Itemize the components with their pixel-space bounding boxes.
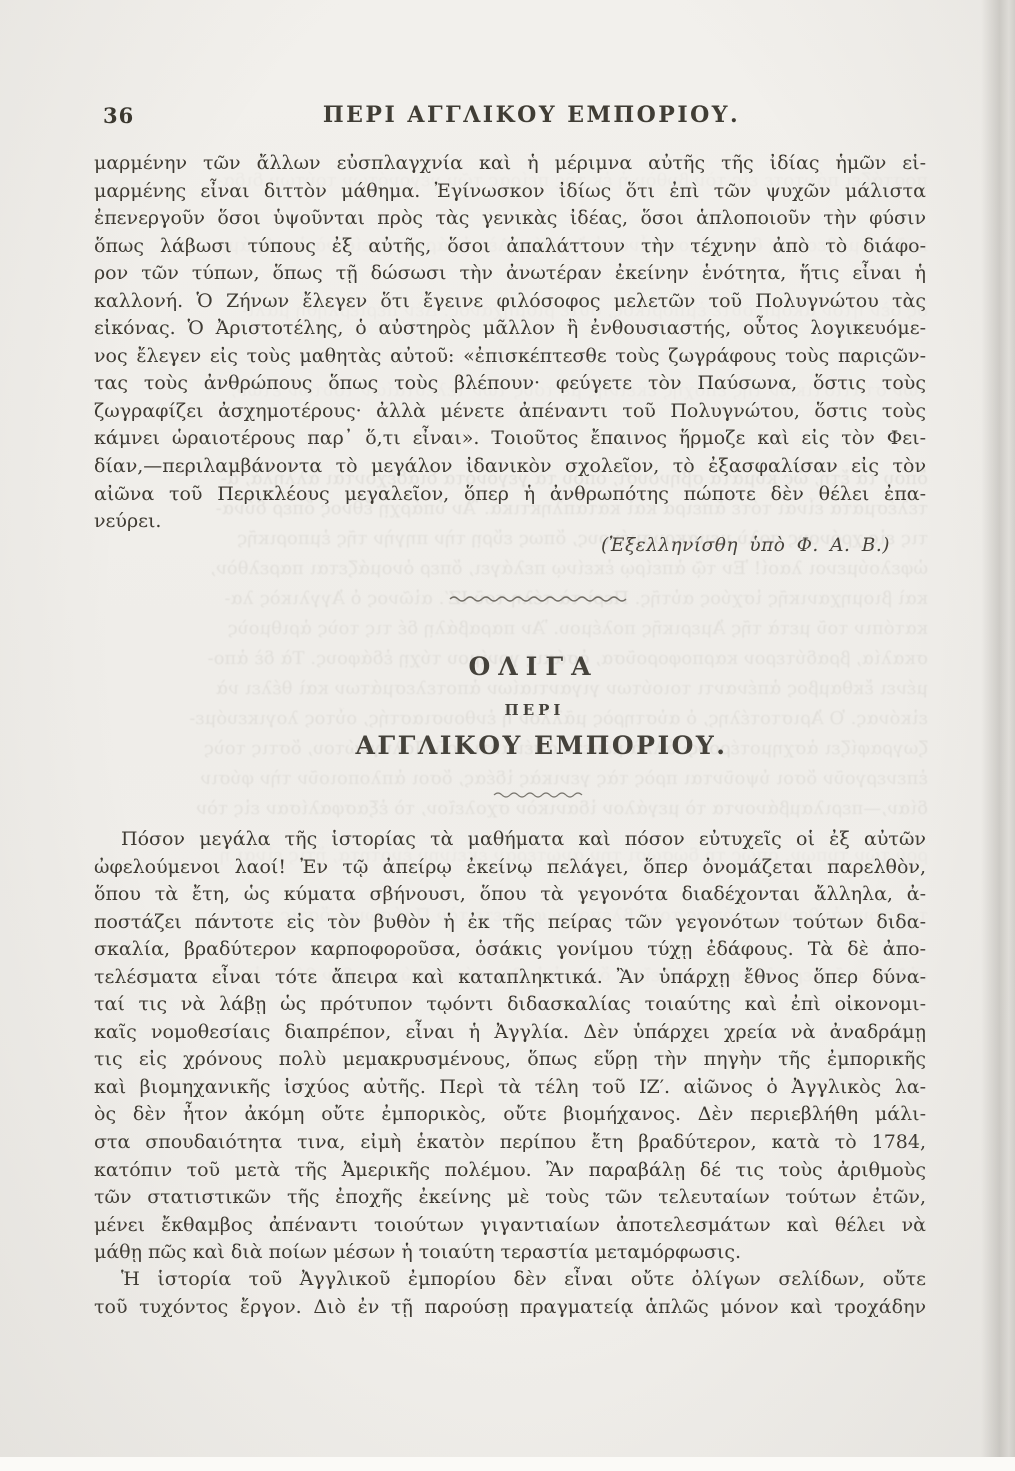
text-line: τις εἰς χρόνους πολὺ μεμακρυσμένους, ὅπω…: [94, 1046, 926, 1074]
text-line: τελέσματα εἶναι τότε ἄπειρα καὶ καταπληκ…: [94, 964, 926, 992]
text-line: κατόπιν τοῦ μετὰ τῆς Ἀμερικῆς πολέμου. Ἂ…: [94, 1157, 926, 1185]
section-heading-peri: ΠΕΡΙ: [27, 701, 1015, 719]
bleedthrough-line: ὠφελούμενοι λαοί! Ἐν τῷ ἀπείρῳ ἐκείνῳ πε…: [88, 558, 928, 581]
bleedthrough-line: κατόπιν τοῦ μετὰ τῆς Ἀμερικῆς πολέμου. Ἂ…: [88, 618, 928, 641]
text-line: μαρμένης εἶναι διττὸν μάθημα. Ἐγίνωσκον …: [94, 178, 926, 206]
text-line: ὅπως λάβωσι τύπους ἐξ αὐτῆς, ὅσοι ἀπαλάτ…: [94, 233, 926, 261]
paragraph-intro: Πόσον μεγάλα τῆς ἱστορίας τὰ μαθήματα κα…: [94, 826, 926, 1267]
text-line: αἰῶνα τοῦ Περικλέους μεγαλεῖον, ὅπερ ἡ ἀ…: [94, 481, 926, 509]
wavy-divider: [492, 790, 587, 799]
text-line: μαρμένην τῶν ἄλλων εὐσπλαγχνία καὶ ἡ μέρ…: [94, 150, 926, 178]
section-heading-main: ΑΓΓΛΙΚΟΥ ΕΜΠΟΡΙΟΥ.: [34, 731, 1015, 760]
text-line: ζωγραφίζει ἀσχημοτέρους· ἀλλὰ μένετε ἀπέ…: [94, 398, 926, 426]
text-line: Ἡ ἱστορία τοῦ Ἀγγλικοῦ ἐμπορίου δὲν εἶνα…: [94, 1266, 926, 1294]
text-line: μένει ἔκθαμβος ἀπέναντι τοιούτων γιγαντι…: [94, 1212, 926, 1240]
text-line: μάθῃ πῶς καὶ διὰ ποίων μέσων ἡ τοιαύτη τ…: [94, 1239, 926, 1267]
paragraph-closing: Ἡ ἱστορία τοῦ Ἀγγλικοῦ ἐμπορίου δὲν εἶνα…: [94, 1266, 926, 1321]
text-line: δίαν,—περιλαμβάνοντα τὸ μεγάλον ἰδανικὸν…: [94, 453, 926, 481]
text-line: καῖς νομοθεσίαις διαπρέπον, εἶναι ἡ Ἀγγλ…: [94, 1019, 926, 1047]
text-line: σκαλία, βραδύτερον καρποφοροῦσα, ὁσάκις …: [94, 936, 926, 964]
bleedthrough-line: ἐπενεργοῦν ὅσοι ὑψοῦνται πρὸς τὰς γενικὰ…: [88, 768, 928, 791]
scanned-book-page: ποστάζει πάντοτε εἰς τὸν βυθὸν ἡ ἐκ τῆς …: [0, 0, 1015, 1471]
section-heading-oliga: ΟΛΙΓΑ: [26, 652, 1015, 681]
text-line: ποστάζει πάντοτε εἰς τὸν βυθὸν ἡ ἐκ τῆς …: [94, 909, 926, 937]
text-line: νεύρει.: [94, 508, 926, 536]
text-line: καὶ βιομηχανικῆς ἰσχύος αὐτῆς. Περὶ τὰ τ…: [94, 1074, 926, 1102]
text-line: ἐπενεργοῦν ὅσοι ὑψοῦνται πρὸς τὰς γενικὰ…: [94, 205, 926, 233]
paragraph-continuation: μαρμένην τῶν ἄλλων εὐσπλαγχνία καὶ ἡ μέρ…: [94, 150, 926, 536]
text-line: νος ἔλεγεν εἰς τοὺς μαθητὰς αὐτοῦ: «ἐπισ…: [94, 343, 926, 371]
text-line: τοῦ τυχόντος ἔργον. Διὸ ἐν τῇ παρούσῃ πρ…: [94, 1294, 926, 1322]
wavy-divider: [448, 594, 628, 604]
text-line: ὸς δὲν ἦτον ἀκόμη οὔτε ἐμπορικὸς, οὔτε β…: [94, 1101, 926, 1129]
text-line: κάμνει ὡραιοτέρους παρ᾽ ὅ,τι εἶναι». Τοι…: [94, 425, 926, 453]
translator-attribution: (Ἐξελληνίσθη ὑπὸ Φ. Α. Β.): [94, 535, 890, 556]
bleedthrough-line: μένει ἔκθαμβος ἀπέναντι τοιούτων γιγαντι…: [88, 678, 928, 701]
running-title: ΠΕΡΙ ΑΓΓΛΙΚΟΥ ΕΜΠΟΡΙΟΥ.: [24, 102, 1015, 128]
text-line: τῶν στατιστικῶν τῆς ἐποχῆς ἐκείνης μὲ το…: [94, 1184, 926, 1212]
text-line: στα σπουδαιότητα τινα, εἰμὴ ἑκατὸν περίπ…: [94, 1129, 926, 1157]
bleedthrough-line: δίαν,—περιλαμβάνοντα τὸ μεγάλον ἰδανικὸν…: [88, 798, 928, 821]
text-line: Πόσον μεγάλα τῆς ἱστορίας τὰ μαθήματα κα…: [94, 826, 926, 854]
scan-bottom-edge: [0, 1457, 1015, 1471]
text-line: εἰκόνας. Ὁ Ἀριστοτέλης, ὁ αὐστηρὸς μᾶλλο…: [94, 315, 926, 343]
text-line: ὅπου τὰ ἔτη, ὡς κύματα σβήνουσι, ὅπου τὰ…: [94, 881, 926, 909]
text-line: ὠφελούμενοι λαοί! Ἐν τῷ ἀπείρῳ ἐκείνῳ πε…: [94, 854, 926, 882]
text-line: ταί τις νὰ λάβῃ ὡς πρότυπον τῳόντι διδασ…: [94, 991, 926, 1019]
text-line: καλλονή. Ὁ Ζήνων ἔλεγεν ὅτι ἔγεινε φιλόσ…: [94, 288, 926, 316]
text-line: τας τοὺς ἀνθρώπους ὅπως τοὺς βλέπουν· φε…: [94, 370, 926, 398]
text-line: ρον τῶν τύπων, ὅπως τῇ δώσωσι τὴν ἀνωτέρ…: [94, 260, 926, 288]
